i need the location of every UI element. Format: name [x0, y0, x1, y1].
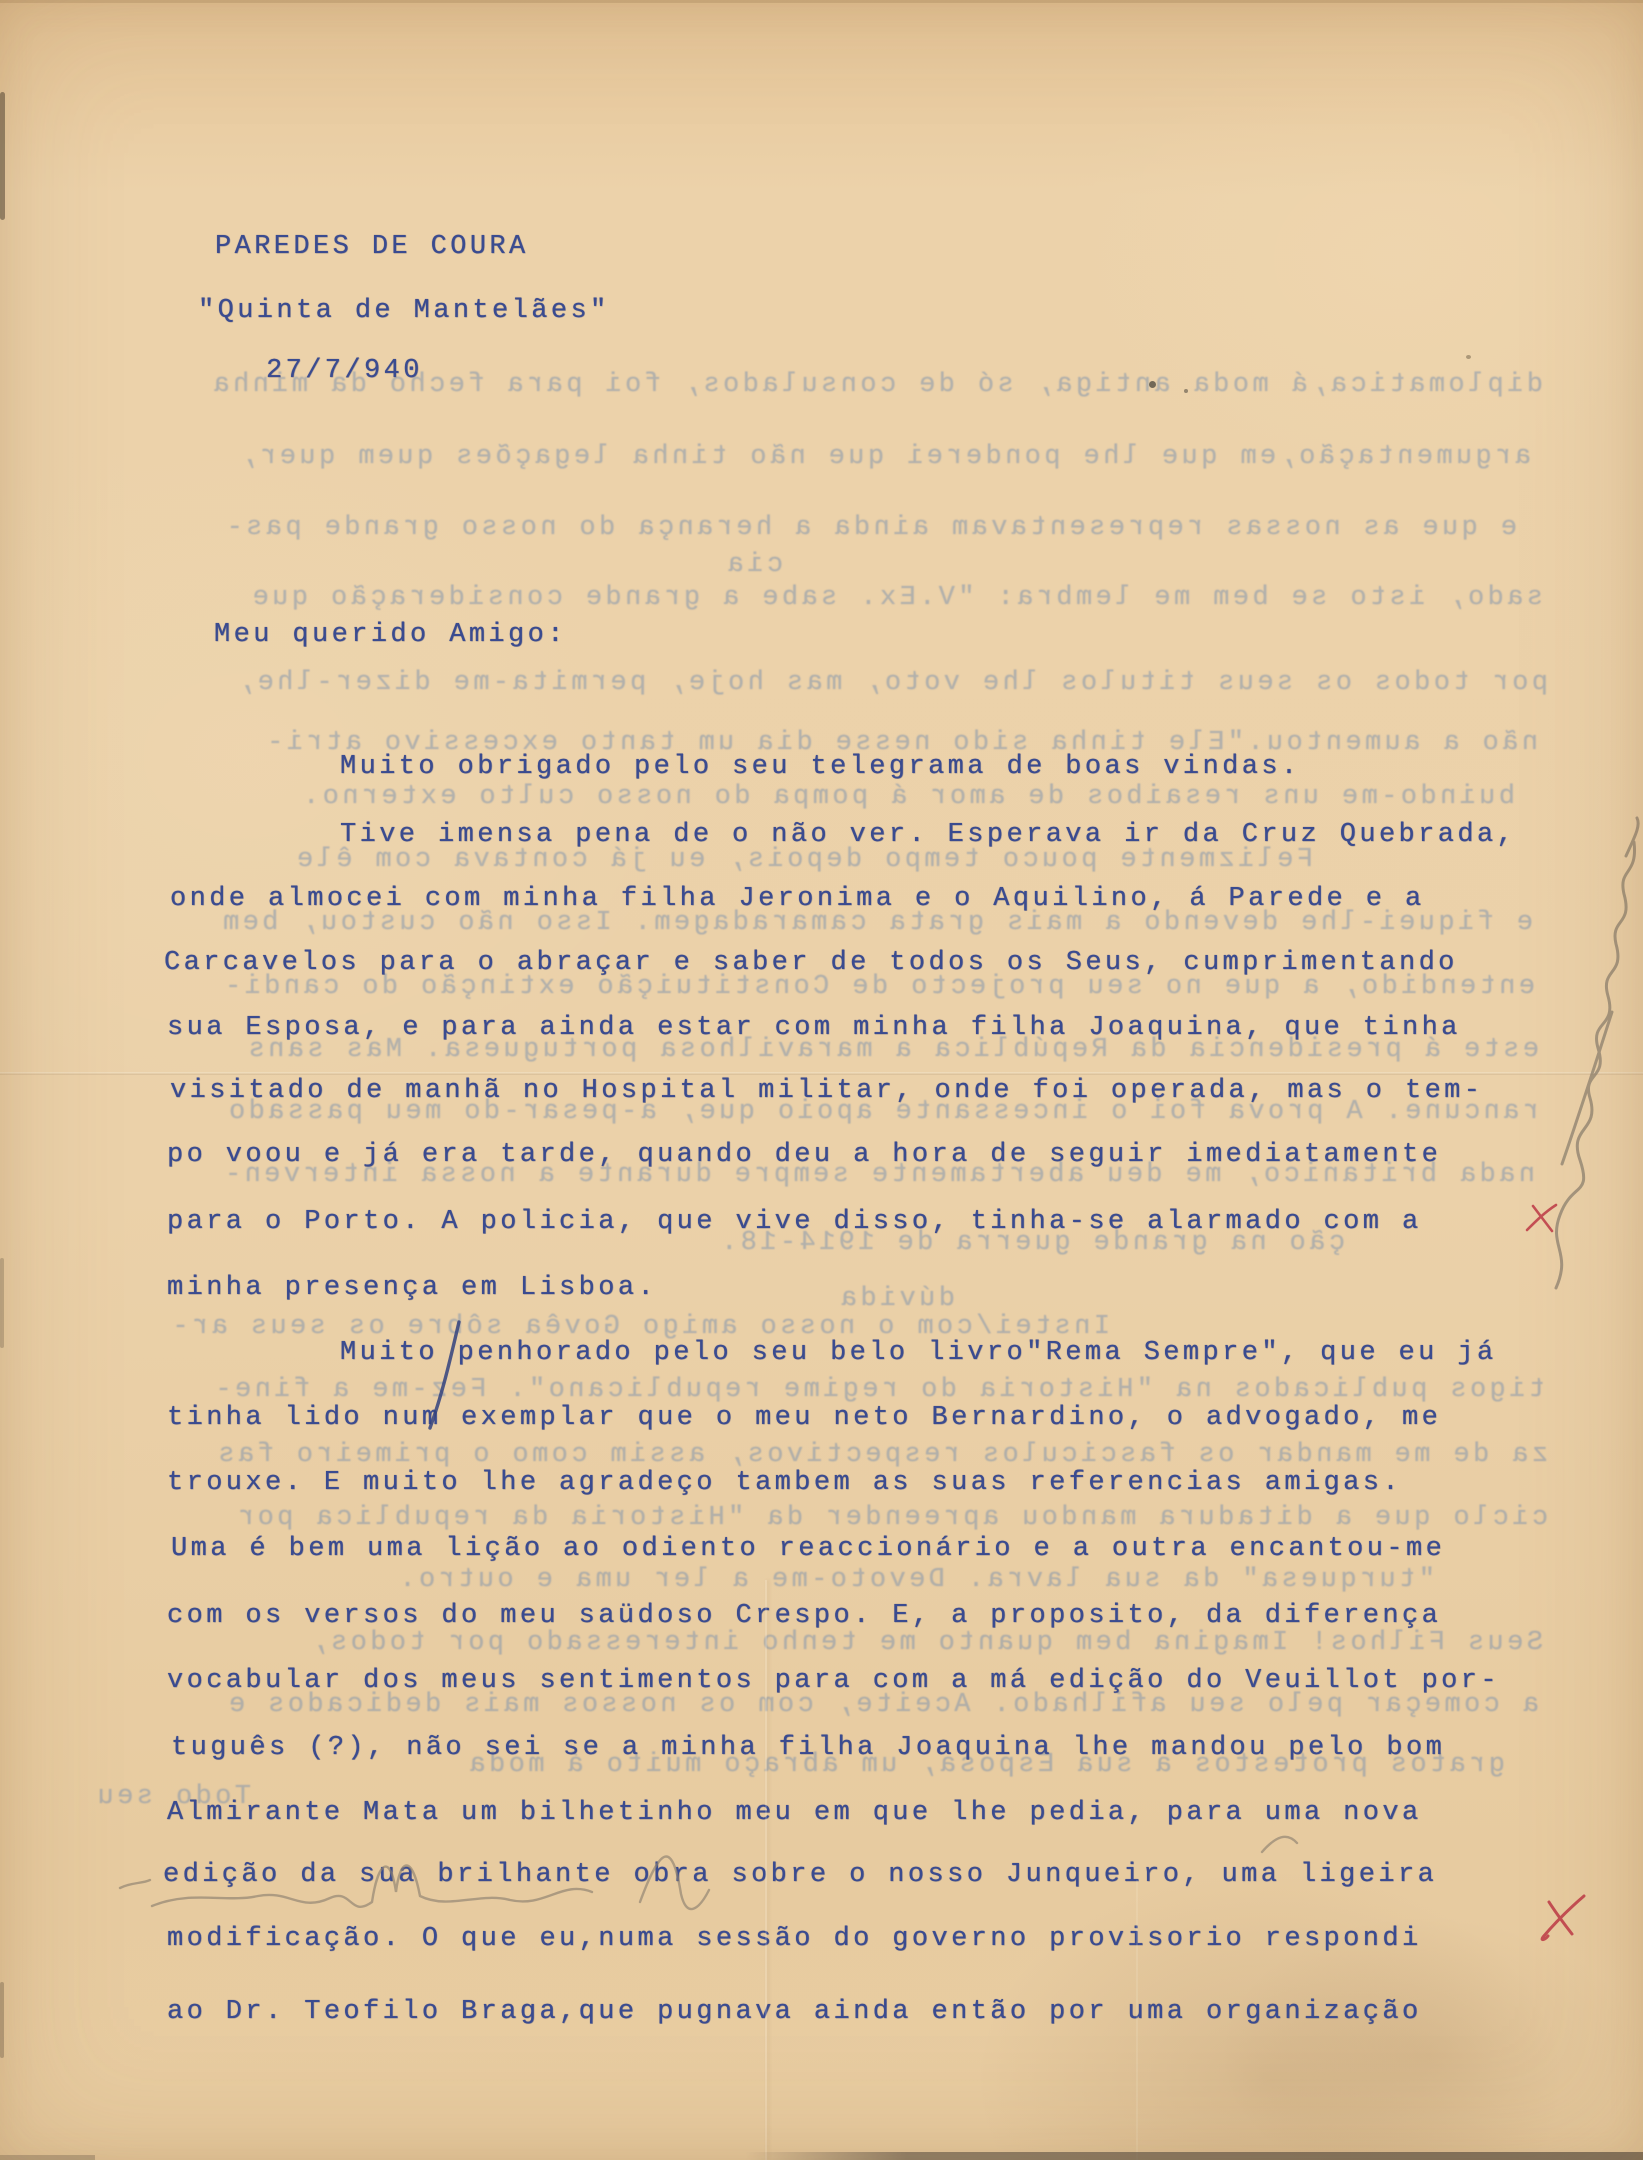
typed-line-body: po voou e já era tarde, quando deu a hor…	[167, 1140, 1441, 1170]
typed-line-body: Carcavelos para o abraçar e saber de tod…	[164, 948, 1458, 978]
typed-line-body: vocabular dos meus sentimentos para com …	[167, 1666, 1500, 1696]
typed-line-body: Muito penhorado pelo seu belo livro"Rema…	[340, 1338, 1497, 1368]
typed-line-body: Almirante Mata um bilhetinho meu em que …	[167, 1798, 1422, 1828]
typed-line-body: Muito obrigado pelo seu telegrama de boa…	[340, 752, 1301, 782]
typed-line-body: Tive imensa pena de o não ver. Esperava …	[340, 820, 1516, 850]
typed-line-body: modificação. O que eu,numa sessão do gov…	[167, 1924, 1422, 1954]
typed-line-body: edição da sua brilhante obra sobre o nos…	[163, 1860, 1437, 1890]
typed-line-body: minha presença em Lisboa.	[167, 1273, 657, 1303]
typed-line-body: onde almocei com minha filha Jeronima e …	[170, 884, 1425, 914]
letter-page: diplomatica,á moda antiga, só de consula…	[0, 0, 1643, 2160]
typed-line-place: PAREDES DE COURA	[215, 232, 529, 262]
paper-edge-mark	[0, 92, 5, 220]
typed-line-body: visitado de manhã no Hospital militar, o…	[170, 1076, 1483, 1106]
paper-edge-mark	[0, 1258, 4, 1348]
typed-line-body: tinha lido num exemplar que o meu neto B…	[167, 1403, 1441, 1433]
paper-edge-top	[0, 0, 1643, 3]
typed-line-body: sua Esposa, e para ainda estar com minha…	[167, 1013, 1461, 1043]
typed-line-estate: "Quinta de Mantelães"	[198, 296, 610, 326]
typed-line-body: tuguês (?), não sei se a minha filha Joa…	[171, 1733, 1445, 1763]
typed-line-body: para o Porto. A policia, que vive disso,…	[167, 1207, 1422, 1237]
typed-line-body: com os versos do meu saüdoso Crespo. E, …	[167, 1601, 1441, 1631]
typed-line-body: Uma é bem uma lição ao odiento reaccioná…	[171, 1534, 1445, 1564]
typed-line-body: trouxe. E muito lhe agradeço tambem as s…	[167, 1468, 1402, 1498]
paper-edge-mark	[0, 1982, 4, 2058]
typed-line-salutation: Meu querido Amigo:	[214, 620, 567, 650]
typed-line-date: 27/7/940	[266, 356, 423, 386]
typed-text-layer: PAREDES DE COURA"Quinta de Mantelães"27/…	[0, 0, 1643, 2160]
typed-line-body: ao Dr. Teofilo Braga,que pugnava ainda e…	[167, 1997, 1422, 2027]
